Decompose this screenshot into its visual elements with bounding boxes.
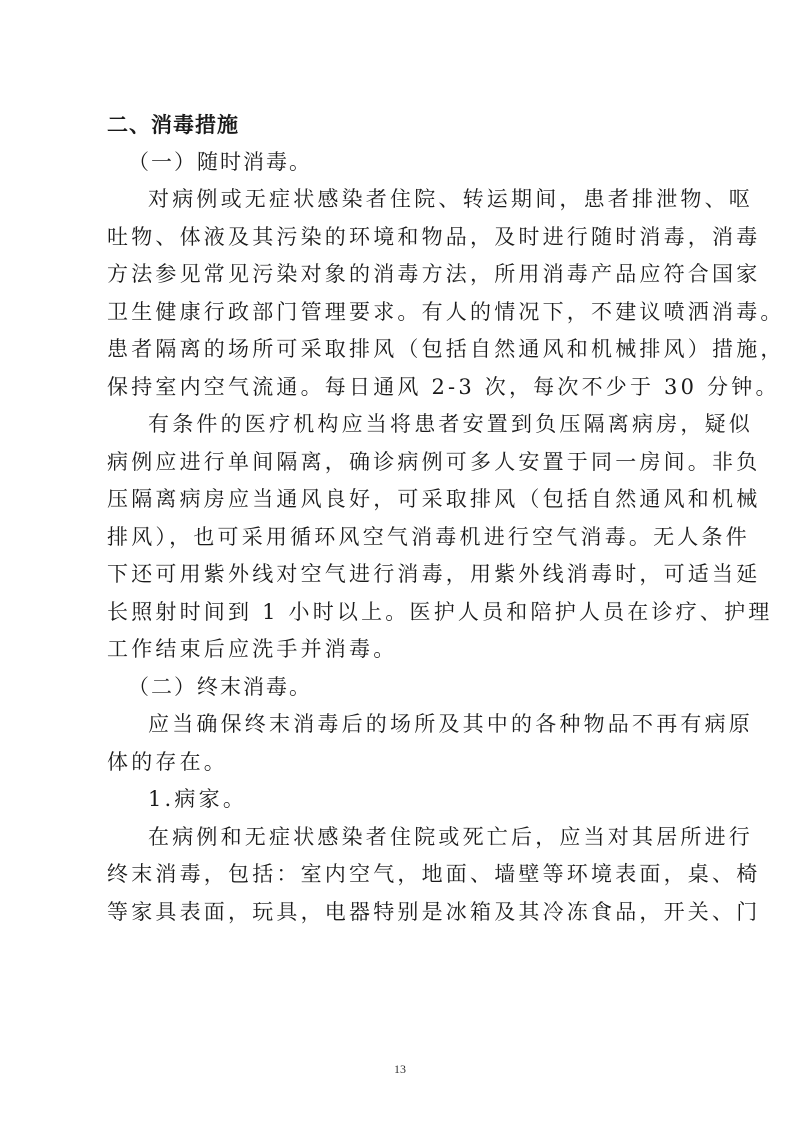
paragraph-line: 吐物、体液及其污染的环境和物品，及时进行随时消毒，消毒: [107, 224, 697, 250]
subsection-heading-2: （二）终末消毒。: [128, 674, 718, 700]
paragraph-line: 有条件的医疗机构应当将患者安置到负压隔离病房，疑似: [148, 411, 698, 437]
paragraph-line: 应当确保终末消毒后的场所及其中的各种物品不再有病原: [148, 711, 698, 737]
paragraph-line: 等家具表面，玩具，电器特别是冰箱及其冷冻食品，开关、门: [107, 899, 697, 925]
paragraph-line: 在病例和无症状感染者住院或死亡后，应当对其居所进行: [148, 824, 698, 850]
paragraph-line: 卫生健康行政部门管理要求。有人的情况下，不建议喷洒消毒。: [107, 299, 697, 325]
paragraph-line: 体的存在。: [107, 749, 697, 775]
document-page: 二、消毒措施 （一）随时消毒。 对病例或无症状感染者住院、转运期间，患者排泄物、…: [0, 0, 800, 1131]
page-number: 13: [0, 1062, 800, 1077]
item-heading-1: 1.病家。: [148, 786, 698, 812]
paragraph-line: 终末消毒，包括：室内空气，地面、墙壁等环境表面，桌、椅: [107, 861, 697, 887]
paragraph-line: 长照射时间到 1 小时以上。医护人员和陪护人员在诊疗、护理: [107, 599, 697, 625]
paragraph-line: 患者隔离的场所可采取排风（包括自然通风和机械排风）措施，: [107, 336, 697, 362]
paragraph-line: 方法参见常见污染对象的消毒方法，所用消毒产品应符合国家: [107, 261, 697, 287]
paragraph-line: 工作结束后应洗手并消毒。: [107, 636, 697, 662]
paragraph-line: 保持室内空气流通。每日通风 2-3 次，每次不少于 30 分钟。: [107, 374, 697, 400]
paragraph-line: 下还可用紫外线对空气进行消毒，用紫外线消毒时，可适当延: [107, 561, 697, 587]
section-heading: 二、消毒措施: [107, 112, 697, 138]
paragraph-line: 病例应进行单间隔离，确诊病例可多人安置于同一房间。非负: [107, 449, 697, 475]
paragraph-line: 压隔离病房应当通风良好，可采取排风（包括自然通风和机械: [107, 486, 697, 512]
paragraph-line: 对病例或无症状感染者住院、转运期间，患者排泄物、呕: [148, 186, 698, 212]
paragraph-line: 排风），也可采用循环风空气消毒机进行空气消毒。无人条件: [107, 524, 697, 550]
subsection-heading-1: （一）随时消毒。: [128, 149, 718, 175]
